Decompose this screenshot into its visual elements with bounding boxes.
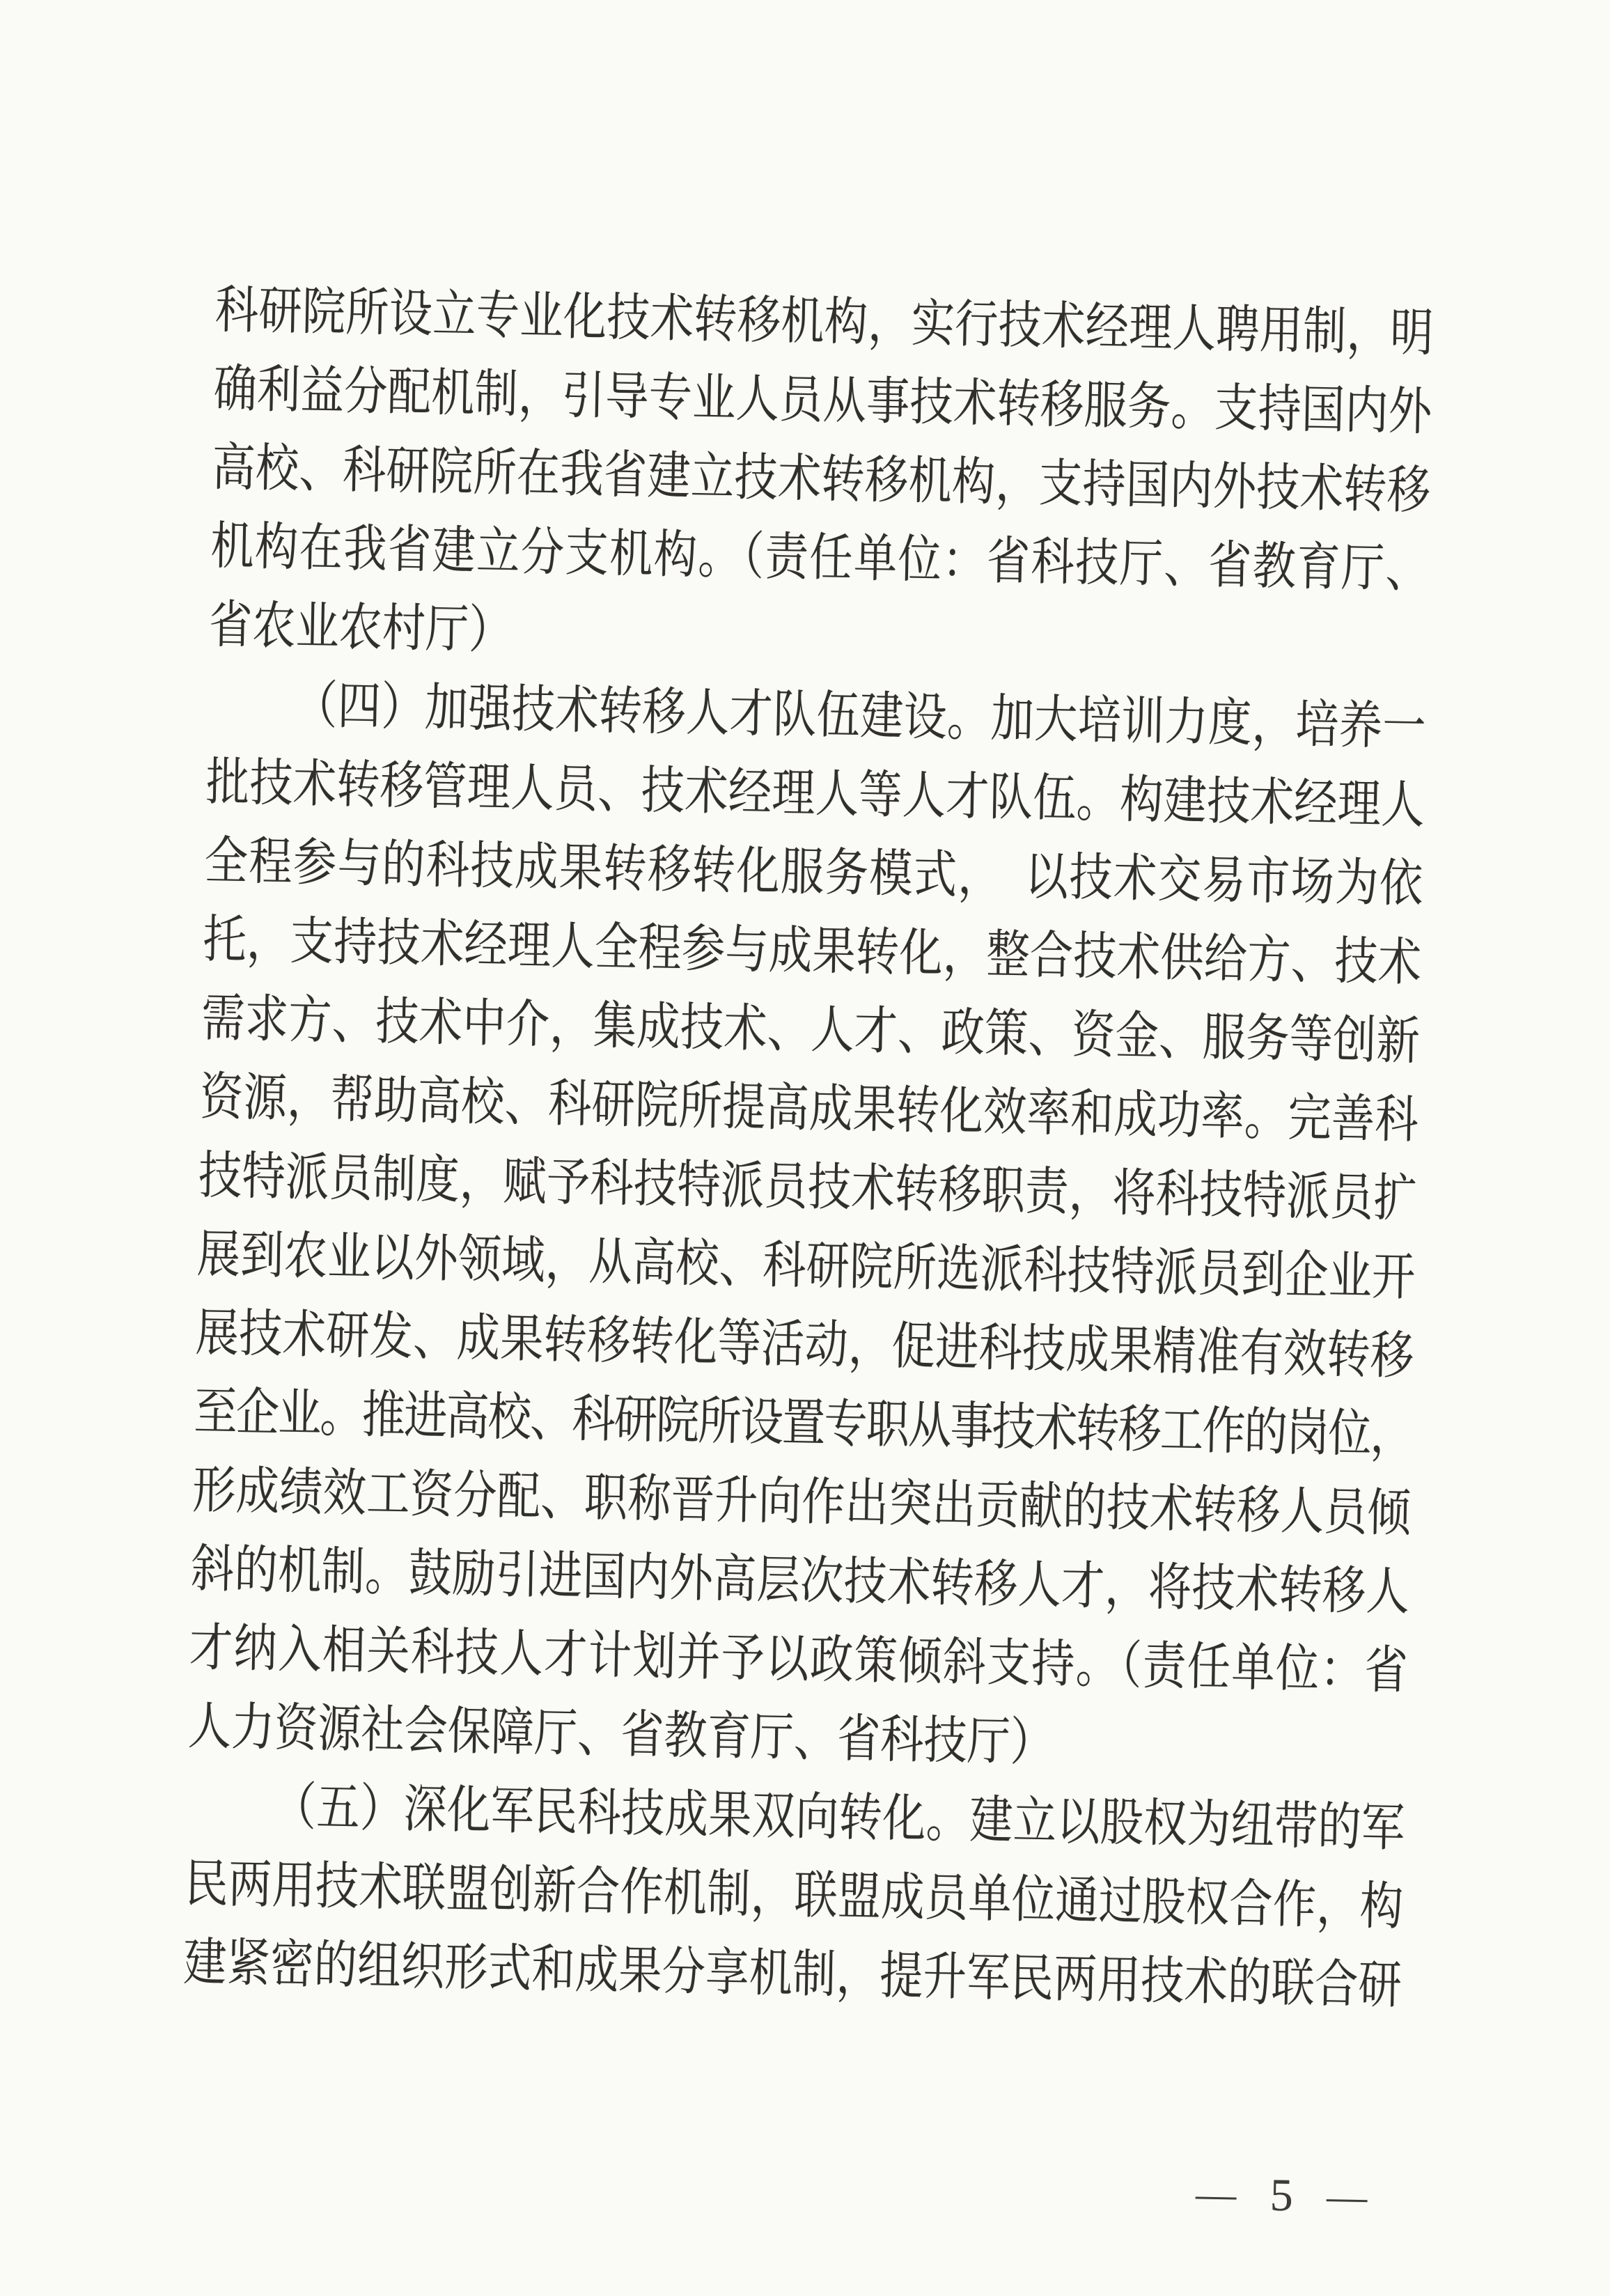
page-number: 5: [1269, 2173, 1293, 2219]
document-page: 科研院所设立专业化技术转移机构，实行技术经理人聘用制，明 确利益分配机制，引导专…: [0, 0, 1610, 2296]
footer-dash-right: —: [1327, 2176, 1368, 2217]
footer-dash-left: —: [1196, 2174, 1237, 2215]
document-body: 科研院所设立专业化技术转移机构，实行技术经理人聘用制，明 确利益分配机制，引导专…: [182, 272, 1434, 2026]
page-footer: — 5 —: [1196, 2171, 1368, 2221]
